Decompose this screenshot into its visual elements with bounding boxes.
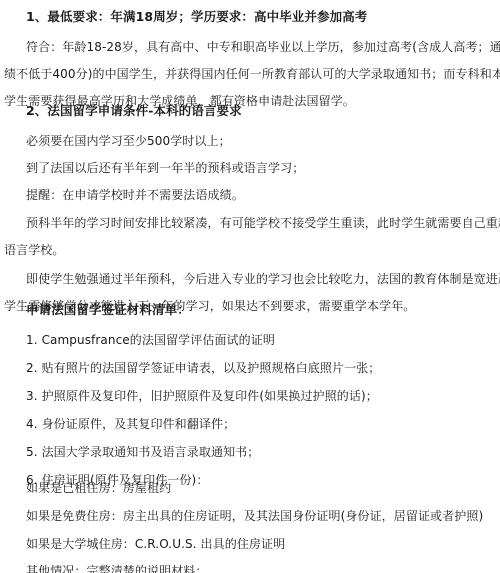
- section-1-paragraph-line-1: 符合：年龄18-28岁，具有高中、中专和职高毕业以上学历，参加过高考(含成人高考…: [26, 40, 500, 54]
- section-2-paragraph-1-line-2: 语言学校。: [4, 243, 65, 257]
- housing-case: 如果是免费住房：房主出具的住房证明，及其法国身份证明(身份证，居留证或者护照): [26, 509, 483, 523]
- visa-material-item: 5. 法国大学录取通知书及语言录取通知书；: [26, 445, 259, 459]
- section-2-reminder: 提醒：在申请学校时并不需要法语成绩。: [26, 188, 244, 202]
- visa-material-item: 2. 贴有照片的法国留学签证申请表，以及护照规格白底照片一张；: [26, 361, 380, 375]
- section-2-item: 到了法国以后还有半年到一年半的预科或语言学习；: [26, 161, 304, 175]
- housing-case: 如果是已租住房：房屋租约: [26, 481, 171, 495]
- housing-case: 如果是大学城住房：C.R.O.U.S. 出具的住房证明: [26, 537, 285, 551]
- visa-materials-heading: 申请法国留学签证材料清单：: [26, 303, 190, 317]
- visa-material-item: 1. Campusfrance的法国留学评估面试的证明: [26, 333, 275, 347]
- section-2-paragraph-2-line-1: 即使学生勉强通过半年预科，今后进入专业的学习也会比较吃力，法国的教育体制是宽进严…: [26, 272, 500, 286]
- section-1-paragraph-line-2: 绩不低于400分)的中国学生，并获得国内任何一所教育部认可的大学录取通知书；而专…: [4, 67, 500, 81]
- housing-case: 其他情况：完整清楚的说明材料；: [26, 564, 208, 573]
- section-2-paragraph-1-line-1: 预科半年的学习时间安排比较紧凑，有可能学校不接受学生重读，此时学生就需要自己重新…: [26, 216, 500, 230]
- section-2-heading: 2、法国留学申请条件-本科的语言要求: [26, 104, 242, 118]
- section-1-heading: 1、最低要求：年满18周岁；学历要求：高中毕业并参加高考: [26, 10, 367, 24]
- section-2-item: 必须要在国内学习至少500学时以上；: [26, 134, 231, 148]
- visa-material-item: 3. 护照原件及复印件，旧护照原件及复印件(如果换过护照的话)；: [26, 389, 378, 403]
- visa-material-item: 4. 身份证原件，及其复印件和翻译件；: [26, 417, 235, 431]
